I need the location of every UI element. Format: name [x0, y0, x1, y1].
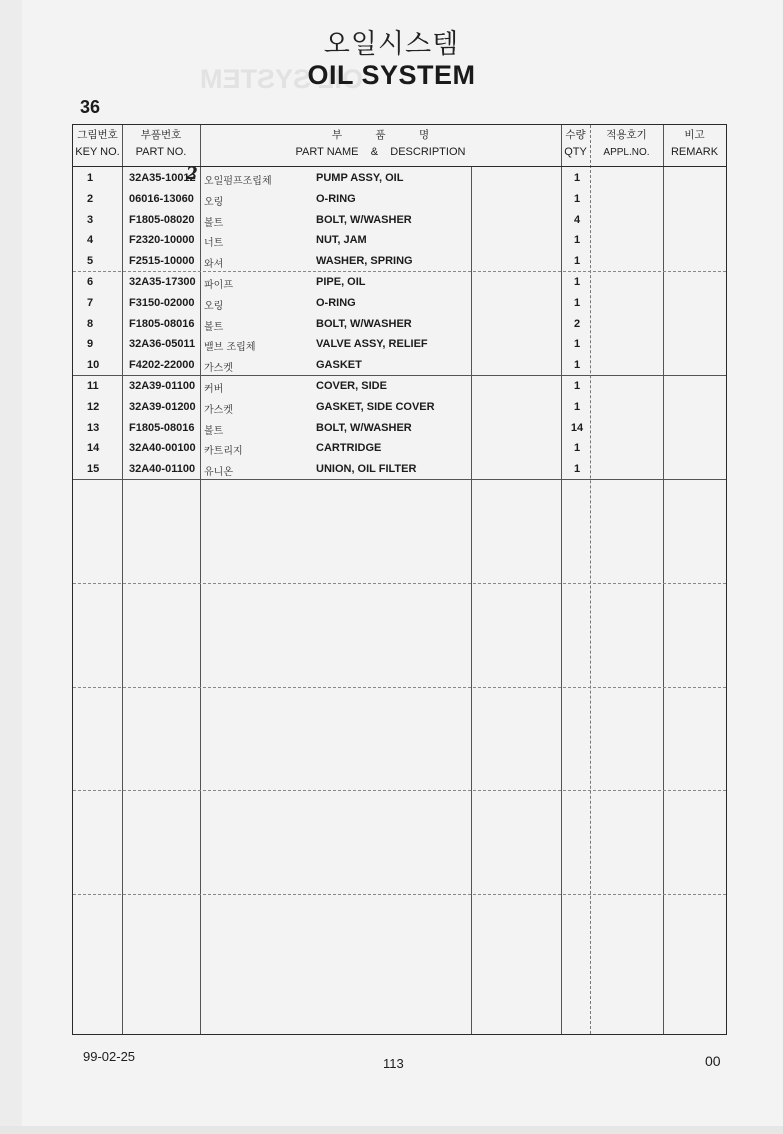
part-description: BOLT, W/WASHER: [316, 214, 412, 226]
part-name-korean: 카트리지: [204, 442, 243, 457]
table-row: 10F4202-22000가스켓GASKET1: [73, 355, 728, 376]
key-number: 12: [87, 401, 99, 413]
key-number: 2: [87, 193, 93, 205]
quantity: 1: [563, 297, 591, 309]
quantity: 1: [563, 276, 591, 288]
key-number: 13: [87, 422, 99, 434]
quantity: 1: [563, 359, 591, 371]
quantity: 1: [563, 234, 591, 246]
part-name-korean: 오링: [204, 297, 223, 312]
part-number: F4202-22000: [129, 359, 194, 371]
table-row: 1232A39-01200가스켓GASKET, SIDE COVER1: [73, 397, 728, 418]
table-row: 932A36-05011밸브 조립체VALVE ASSY, RELIEF1: [73, 334, 728, 355]
header-key-no: 그림번호KEY NO.: [73, 125, 122, 166]
part-name-korean: 파이프: [204, 276, 233, 291]
key-number: 5: [87, 255, 93, 267]
quantity: 1: [563, 338, 591, 350]
key-number: 1: [87, 172, 93, 184]
table-row: 206016-13060오링O-RING1: [73, 189, 728, 210]
part-name-korean: 가스켓: [204, 359, 233, 374]
part-name-korean: 오링: [204, 193, 223, 208]
page-title-english: OIL SYSTEM: [0, 60, 783, 91]
part-number: 32A40-01100: [129, 463, 195, 475]
part-name-korean: 밸브 조립체: [204, 338, 255, 353]
handwritten-mark: 2: [186, 164, 198, 184]
part-name-korean: 유니온: [204, 463, 233, 478]
scan-bottom-edge: [0, 1126, 783, 1134]
part-name-korean: 볼트: [204, 214, 223, 229]
part-number: F3150-02000: [129, 297, 194, 309]
table-row: 632A35-17300파이프PIPE, OIL1: [73, 272, 728, 293]
key-number: 4: [87, 234, 93, 246]
table-row: 1432A40-00100카트리지CARTRIDGE1: [73, 438, 728, 459]
part-description: BOLT, W/WASHER: [316, 422, 412, 434]
part-description: O-RING: [316, 193, 356, 205]
header-qty: 수량QTY: [561, 125, 590, 166]
part-name-korean: 너트: [204, 234, 223, 249]
footer-date: 99-02-25: [83, 1049, 135, 1064]
part-number: F2515-10000: [129, 255, 194, 267]
quantity: 1: [563, 172, 591, 184]
key-number: 8: [87, 318, 93, 330]
header-part-no: 부품번호PART NO.: [122, 125, 200, 166]
table-row: 5F2515-10000와셔WASHER, SPRING1: [73, 251, 728, 272]
part-number: 06016-13060: [129, 193, 194, 205]
quantity: 4: [563, 214, 591, 226]
part-number: 32A36-05011: [129, 338, 195, 350]
part-description: PUMP ASSY, OIL: [316, 172, 403, 184]
part-number: F1805-08016: [129, 422, 194, 434]
part-description: UNION, OIL FILTER: [316, 463, 416, 475]
part-description: NUT, JAM: [316, 234, 367, 246]
part-number: F1805-08016: [129, 318, 194, 330]
quantity: 1: [563, 463, 591, 475]
quantity: 1: [563, 255, 591, 267]
part-description: GASKET: [316, 359, 362, 371]
part-description: GASKET, SIDE COVER: [316, 401, 435, 413]
part-description: COVER, SIDE: [316, 380, 387, 392]
key-number: 6: [87, 276, 93, 288]
header-description: 부 품 명PART NAME & DESCRIPTION: [200, 125, 561, 166]
part-name-korean: 가스켓: [204, 401, 233, 416]
part-description: O-RING: [316, 297, 356, 309]
table-row: 1132A39-01100커버COVER, SIDE1: [73, 376, 728, 397]
part-number: F2320-10000: [129, 234, 194, 246]
table-row: 4F2320-10000너트NUT, JAM1: [73, 230, 728, 251]
header-appl-no: 적용호기APPL.NO.: [590, 125, 663, 166]
quantity: 1: [563, 193, 591, 205]
part-description: CARTRIDGE: [316, 442, 381, 454]
table-row: 7F3150-02000오링O-RING1: [73, 293, 728, 314]
key-number: 7: [87, 297, 93, 309]
parts-table: 그림번호KEY NO. 부품번호PART NO. 부 품 명PART NAME …: [72, 124, 727, 1035]
quantity: 1: [563, 380, 591, 392]
part-name-korean: 오일펌프조립체: [204, 172, 272, 187]
table-row: 13F1805-08016볼트BOLT, W/WASHER14: [73, 418, 728, 439]
key-number: 9: [87, 338, 93, 350]
part-description: WASHER, SPRING: [316, 255, 413, 267]
key-number: 3: [87, 214, 93, 226]
key-number: 10: [87, 359, 99, 371]
page-number: 113: [383, 1056, 404, 1071]
quantity: 14: [563, 422, 591, 434]
quantity: 1: [563, 442, 591, 454]
quantity: 2: [563, 318, 591, 330]
key-number: 14: [87, 442, 99, 454]
key-number: 15: [87, 463, 99, 475]
part-description: PIPE, OIL: [316, 276, 366, 288]
part-name-korean: 볼트: [204, 422, 223, 437]
part-number: 32A35-17300: [129, 276, 196, 288]
quantity: 1: [563, 401, 591, 413]
part-number: 32A40-00100: [129, 442, 196, 454]
part-number: 32A39-01100: [129, 380, 195, 392]
part-number: F1805-08020: [129, 214, 194, 226]
table-row: 132A35-10012오일펌프조립체PUMP ASSY, OIL1: [73, 168, 728, 189]
table-row: 3F1805-08020볼트BOLT, W/WASHER4: [73, 210, 728, 231]
key-number: 11: [87, 380, 99, 392]
header-remark: 비고REMARK: [663, 125, 726, 166]
page-title-korean: 오일시스템: [0, 22, 783, 61]
revision-code: 00: [705, 1053, 721, 1069]
group-number: 36: [80, 97, 100, 118]
part-name-korean: 볼트: [204, 318, 223, 333]
part-name-korean: 와셔: [204, 255, 223, 270]
table-row: 8F1805-08016볼트BOLT, W/WASHER2: [73, 314, 728, 335]
part-description: VALVE ASSY, RELIEF: [316, 338, 428, 350]
table-row: 1532A40-01100유니온UNION, OIL FILTER1: [73, 459, 728, 480]
scan-edge: [0, 0, 22, 1134]
part-number: 32A39-01200: [129, 401, 196, 413]
part-description: BOLT, W/WASHER: [316, 318, 412, 330]
part-name-korean: 커버: [204, 380, 223, 395]
